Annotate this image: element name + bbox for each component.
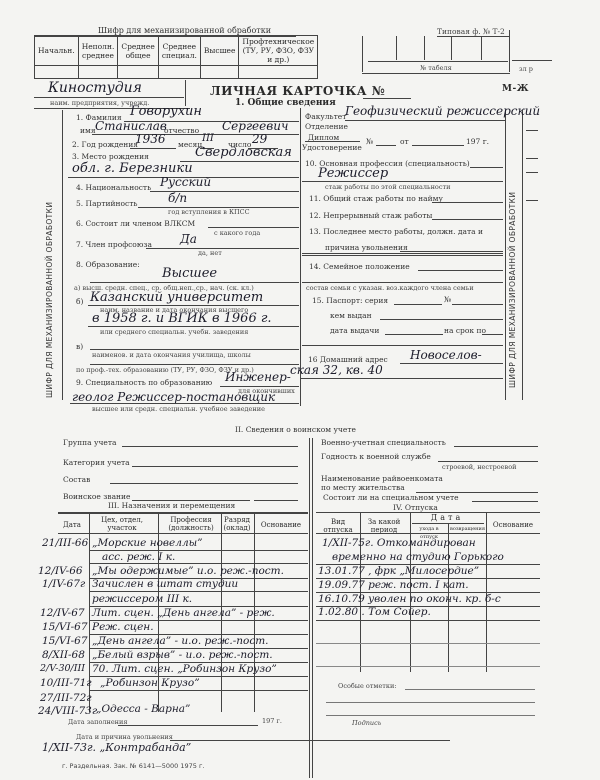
dismissal-value: 1/XII-73г. „Контрабанда” [42, 741, 191, 754]
enterprise-value: Киностудия [48, 80, 142, 96]
diploma-from: от [400, 137, 409, 146]
specialty-value-1[interactable]: Инженер- [225, 370, 291, 384]
s4-col-date: Дата [412, 514, 482, 522]
edu-col-5: Высшее [200, 36, 239, 66]
specialty-caption-2: высшее или средн. специальн. учебное зав… [92, 405, 265, 413]
birthplace-value-2[interactable]: обл. г. Березники [72, 161, 193, 176]
s3-col-date: Дата [60, 521, 84, 529]
edu-col-4: Среднее специал. [158, 36, 200, 66]
s3-row-date: 10/III-71г [40, 677, 92, 689]
total-exp-label: 11. Общий стаж работы по найму [309, 194, 443, 203]
s4-sub-return: возвращения [450, 525, 484, 533]
specialty-label: 9. Специальность по образованию [76, 378, 212, 387]
s4-col-period: За какой период [362, 518, 406, 534]
side-label-right: ШИФР ДЛЯ МЕХАНИЗИРОВАННОЙ ОБРАБОТКИ [508, 192, 517, 388]
s3-row-text: 70. Лит. сцен. „Робинзон Крузо” [92, 663, 277, 675]
education-label: 8. Образование: [76, 260, 140, 269]
education-b-value-2[interactable]: в 1958 г. и ВГИК в 1966 г. [92, 311, 272, 326]
s3-row-date: 21/III-66 [42, 537, 88, 549]
profession-value[interactable]: Режиссер [318, 166, 388, 181]
month-value[interactable]: III [202, 133, 214, 144]
group-label: Группа учета [63, 438, 116, 447]
department-label: Отделение [305, 122, 348, 131]
s3-row-text: Лит. сцен. „День ангела” - реж. [92, 607, 275, 619]
party-caption: год вступления в КПСС [168, 208, 250, 216]
nationality-value[interactable]: Русский [160, 175, 211, 189]
s4-col-type: Вид отпуска [318, 518, 358, 534]
surname-value[interactable]: Говорухин [130, 104, 202, 119]
education-b-marker: б) [76, 297, 83, 306]
s3-col-dept: Цех, отдел, участок [92, 516, 152, 532]
s3-row-date: 8/XII-68 [42, 649, 85, 661]
certificate-label: Удостоверение [302, 143, 362, 152]
s3-row-date: 12/IV-66 [38, 565, 83, 577]
fill-signature-label: Подпись [352, 719, 381, 727]
family-caption: состав семьи с указан. воз.каждого члена… [306, 284, 474, 292]
fitness-label: Годность к военной службе [321, 452, 431, 461]
edu-col-6: Профтехническое (ТУ, РУ, ФЗО, ФЗУ и др.) [239, 36, 318, 66]
family-label: 14. Семейное положение [309, 262, 410, 271]
gender-label: М-Ж [502, 84, 529, 94]
tab-number-label: № табеля [420, 64, 452, 72]
s4-row: 16.10.79 уволен по оконч. кр. б-с [318, 593, 501, 605]
union-label: 7. Член профсоюза [76, 240, 152, 249]
patronymic-value[interactable]: Сергеевич [222, 119, 288, 133]
zap-label: зл р [519, 65, 533, 73]
issued-by-label: кем выдан [330, 311, 372, 320]
party-label: 5. Партийность [76, 199, 137, 208]
s3-row-date: 24/VIII-73г [38, 705, 97, 717]
nationality-label: 4. Национальность [76, 183, 151, 192]
form-number: Типовая ф. № Т-2 [437, 27, 505, 36]
komsomol-label: 6. Состоит ли членом ВЛКСМ [76, 219, 195, 228]
issue-date-label: дата выдачи [330, 326, 379, 335]
fill-date-year: 197 г. [262, 717, 282, 725]
commissariat-label-1: Наименование райвоенкомата [321, 474, 443, 483]
s3-row-text: „Мы одержимые” и.о. реж.-пост. [92, 565, 284, 577]
last-job-label-2: причина увольнения [325, 243, 408, 252]
section2-title: II. Сведения о воинском учете [235, 425, 356, 434]
section1-title: 1. Общие сведения [235, 98, 336, 108]
address-value-2[interactable]: ская 32, кв. 40 [290, 363, 383, 377]
s3-row-text: „Белый взрыв” - и.о. реж.-пост. [92, 649, 273, 661]
specialty-value-2[interactable]: геолог Режиссер-постановщик [72, 390, 275, 404]
education-code-table: Начальн. Неполн. среднее Среднее общее С… [34, 35, 318, 79]
birthplace-label: 3. Место рождения [72, 152, 149, 161]
diploma-no: № [366, 137, 373, 146]
s3-col-basis: Основание [256, 521, 306, 529]
passport-label: 15. Паспорт: серия [312, 296, 388, 305]
s3-row-date: 2/V-30/III [40, 663, 85, 674]
s3-row-text: Зачислен в штат студии [92, 578, 238, 590]
s4-col-basis: Основание [488, 521, 538, 529]
dismissal-label: Дата и причина увольнения [76, 733, 173, 741]
diploma-year: 197 г. [466, 137, 489, 146]
komsomol-caption: с какого года [214, 229, 260, 237]
s3-row-text: „День ангела” - и.о. реж.-пост. [92, 635, 269, 647]
edu-col-1: Начальн. [35, 36, 79, 66]
profession-caption: стаж работы по этой специальности [325, 183, 450, 191]
side-label-left: ШИФР ДЛЯ МЕХАНИЗИРОВАННОЙ ОБРАБОТКИ [45, 202, 54, 398]
s3-row-date: 15/VI-67 [42, 621, 88, 633]
s3-col-profession: Профессия (должность) [162, 516, 220, 532]
party-value[interactable]: б/п [168, 191, 187, 205]
edu-col-3: Среднее общее [118, 36, 158, 66]
s3-row-text: „Одесса - Варна” [96, 703, 190, 715]
section3-title: III. Назначения и перемещения [108, 501, 235, 510]
s4-row: 19.09.77 реж. пост. I кат. [318, 579, 469, 591]
commissariat-label-2: по месту жительства [321, 483, 405, 492]
education-b-caption-2: или среднего специальн. учебн. заведения [100, 328, 248, 336]
fitness-caption: строевой, нестроевой [442, 463, 516, 471]
composition-label: Состав [63, 475, 90, 484]
passport-no: № [444, 295, 451, 304]
education-value[interactable]: Высшее [162, 266, 217, 281]
birthplace-value-1[interactable]: Свердловская [195, 145, 292, 160]
cipher-caption: Шифр для механизированной обработки [98, 26, 271, 35]
s4-row: 1/XII-75г. Откомандирован [322, 537, 476, 549]
s3-row-text: Реж. сцен. [92, 621, 154, 633]
s3-row-date: 12/IV-67 [40, 607, 85, 619]
notes-label: Особые отметки: [338, 682, 396, 690]
name-value[interactable]: Станислав [95, 119, 167, 133]
education-b-value-1[interactable]: Казанский университет [90, 290, 263, 305]
faculty-label: Факультет [305, 112, 346, 121]
union-caption: да, нет [198, 249, 222, 257]
birth-year-value[interactable]: 1936 [135, 132, 166, 146]
address-value-1[interactable]: Новоселов- [410, 348, 482, 362]
s3-row-text: „Робинзон Крузо” [100, 677, 200, 689]
last-job-label: 13. Последнее место работы, должн. дата … [309, 227, 483, 236]
edu-col-2: Неполн. среднее [78, 36, 118, 66]
printer-line: г. Раздельная. Зак. № 6141—5000 1975 г. [62, 762, 204, 770]
s3-row-text: асс. реж. I к. [102, 551, 175, 563]
special-label: Состоит ли на специальном учете [323, 493, 459, 502]
union-value[interactable]: Да [180, 232, 197, 246]
s3-row-text: „Морские новеллы” [92, 537, 203, 549]
education-c-marker: в) [76, 342, 83, 351]
day-value[interactable]: 29 [252, 132, 267, 146]
mil-specialty-label: Военно-учетная специальность [321, 438, 446, 447]
section4-title: IV. Отпуска [393, 503, 438, 512]
cont-exp-label: 12. Непрерывный стаж работы [309, 211, 432, 220]
s3-row-text: режиссером III к. [92, 593, 192, 605]
card-title: ЛИЧНАЯ КАРТОЧКА № [210, 84, 385, 98]
s3-row-date: 15/VI-67 [42, 635, 88, 647]
faculty-value[interactable]: Геофизический режиссерский [345, 104, 540, 118]
education-c-caption-1: наименов. и дата окончания училища, школ… [92, 351, 251, 359]
s3-row-date: 1/IV-67г [42, 578, 85, 590]
s4-row: 1.02.80 . Том Сойер. [318, 606, 431, 618]
s3-row-date: 27/III-72г [40, 692, 92, 704]
s4-row: 13.01.77 , фрк „Милосердие” [318, 565, 479, 577]
s4-row: временно на студию Горького [332, 551, 504, 563]
valid-until-label: на срок по [444, 326, 486, 335]
category-label: Категория учета [63, 458, 130, 467]
birth-year-label: 2. Год рождения [72, 140, 138, 149]
rank-label: Воинское звание [63, 492, 130, 501]
s3-col-grade: Разряд (оклад) [222, 516, 252, 532]
